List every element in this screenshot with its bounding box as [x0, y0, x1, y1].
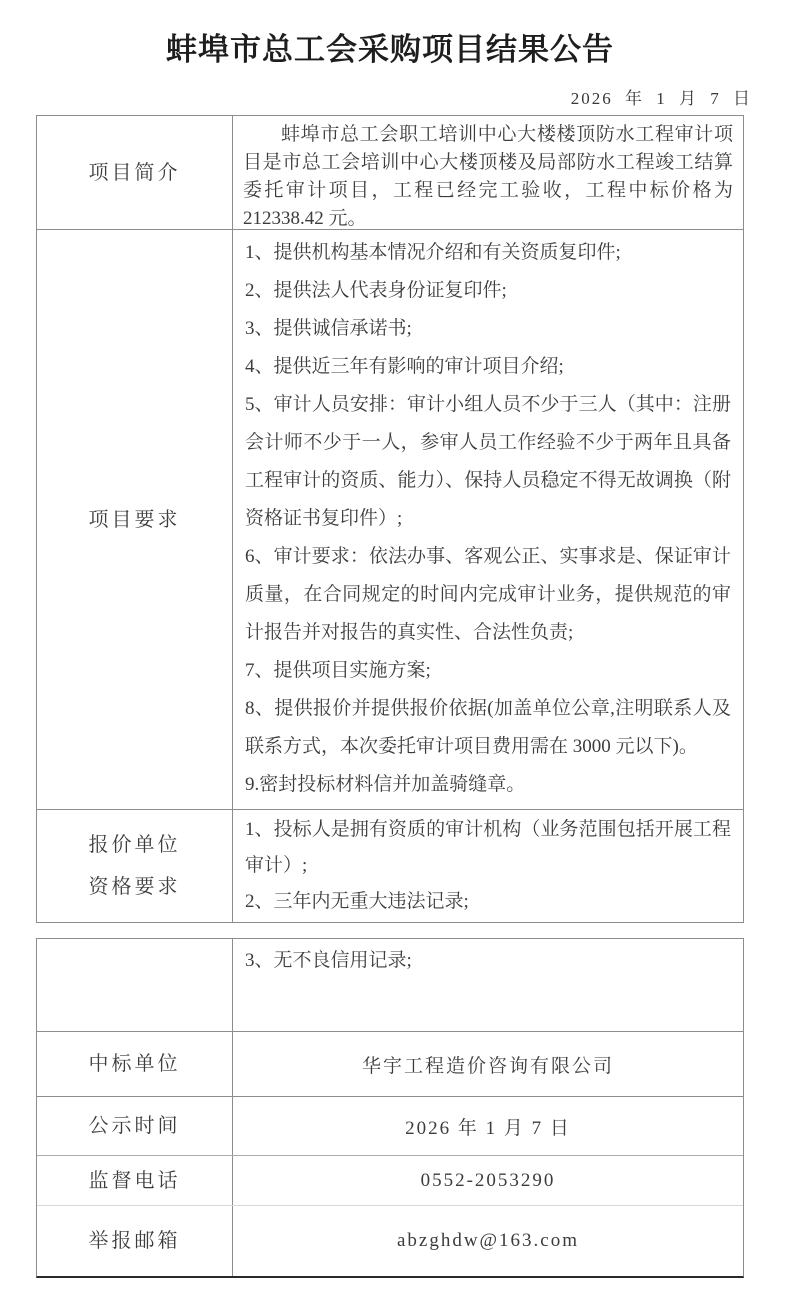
requirement-list: 1、提供机构基本情况介绍和有关资质复印件; 2、提供法人代表身份证复印件; 3、… — [233, 230, 743, 804]
report-email-value: abzghdw@163.com — [233, 1206, 743, 1276]
publish-date: 2026 年 1 月 7 日 — [36, 84, 752, 109]
publicity-date-label: 公示时间 — [37, 1097, 233, 1155]
publicity-date-value: 2026 年 1 月 7 日 — [233, 1097, 743, 1155]
table-row-bidder-qualification: 报价单位 资格要求 1、投标人是拥有资质的审计机构（业务范围包括开展工程审计）;… — [37, 810, 743, 922]
table-row-project-intro: 项目简介 蚌埠市总工会职工培训中心大楼楼顶防水工程审计项目是市总工会培训中心大楼… — [37, 116, 743, 230]
credit-record-item: 3、无不良信用记录; — [245, 948, 731, 974]
project-intro-label: 项目简介 — [37, 116, 233, 229]
qualification-item: 1、投标人是拥有资质的审计机构（业务范围包括开展工程审计）; — [245, 812, 731, 884]
bidder-qualification-content-cell: 1、投标人是拥有资质的审计机构（业务范围包括开展工程审计）; 2、三年内无重大违… — [233, 810, 743, 922]
project-intro-text: 蚌埠市总工会职工培训中心大楼楼顶防水工程审计项目是市总工会培训中心大楼顶楼及局部… — [233, 116, 743, 229]
qualification-list: 1、投标人是拥有资质的审计机构（业务范围包括开展工程审计）; 2、三年内无重大违… — [233, 810, 743, 920]
publicity-date-label-text: 公示时间 — [89, 1105, 181, 1147]
document-page: 蚌埠市总工会采购项目结果公告 2026 年 1 月 7 日 项目简介 蚌埠市总工… — [0, 0, 800, 1307]
credit-record-content-cell: 3、无不良信用记录; — [233, 939, 743, 1031]
table-row-credit-record: 3、无不良信用记录; — [37, 939, 743, 1032]
supervision-phone-label: 监督电话 — [37, 1156, 233, 1205]
requirement-item: 2、提供法人代表身份证复印件; — [245, 272, 731, 310]
result-info-table: 3、无不良信用记录; 中标单位 华宇工程造价咨询有限公司 公示时间 2026 年… — [36, 938, 744, 1278]
project-intro-content-cell: 蚌埠市总工会职工培训中心大楼楼顶防水工程审计项目是市总工会培训中心大楼顶楼及局部… — [233, 116, 743, 229]
table-row-report-email: 举报邮箱 abzghdw@163.com — [37, 1206, 743, 1276]
winning-bidder-label: 中标单位 — [37, 1032, 233, 1096]
requirement-item: 1、提供机构基本情况介绍和有关资质复印件; — [245, 234, 731, 272]
requirement-item: 9.密封投标材料信并加盖骑缝章。 — [245, 766, 731, 804]
bidder-qualification-label-line2: 资格要求 — [89, 866, 181, 908]
table-row-publicity-date: 公示时间 2026 年 1 月 7 日 — [37, 1097, 743, 1156]
requirement-item: 5、审计人员安排：审计小组人员不少于三人（其中：注册会计师不少于一人，参审人员工… — [245, 386, 731, 538]
project-requirements-content-cell: 1、提供机构基本情况介绍和有关资质复印件; 2、提供法人代表身份证复印件; 3、… — [233, 230, 743, 809]
project-intro-label-text: 项目简介 — [89, 152, 181, 194]
requirement-item: 3、提供诚信承诺书; — [245, 310, 731, 348]
credit-record-empty-label — [37, 939, 233, 1031]
winning-bidder-value: 华宇工程造价咨询有限公司 — [233, 1032, 743, 1096]
qualification-item: 2、三年内无重大违法记录; — [245, 884, 731, 920]
requirement-item: 7、提供项目实施方案; — [245, 652, 731, 690]
project-requirements-label: 项目要求 — [37, 230, 233, 809]
supervision-phone-label-text: 监督电话 — [89, 1160, 181, 1202]
table-row-winning-bidder: 中标单位 华宇工程造价咨询有限公司 — [37, 1032, 743, 1097]
project-info-table: 项目简介 蚌埠市总工会职工培训中心大楼楼顶防水工程审计项目是市总工会培训中心大楼… — [36, 115, 744, 923]
report-email-label-text: 举报邮箱 — [89, 1220, 181, 1262]
page-title: 蚌埠市总工会采购项目结果公告 — [36, 24, 744, 69]
bidder-qualification-label: 报价单位 资格要求 — [37, 810, 233, 922]
requirement-item: 8、提供报价并提供报价依据(加盖单位公章,注明联系人及联系方式，本次委托审计项目… — [245, 690, 731, 766]
project-requirements-label-text: 项目要求 — [89, 499, 181, 541]
supervision-phone-value: 0552-2053290 — [233, 1156, 743, 1205]
winning-bidder-label-text: 中标单位 — [89, 1043, 181, 1085]
table-row-project-requirements: 项目要求 1、提供机构基本情况介绍和有关资质复印件; 2、提供法人代表身份证复印… — [37, 230, 743, 810]
bidder-qualification-label-line1: 报价单位 — [89, 824, 181, 866]
report-email-label: 举报邮箱 — [37, 1206, 233, 1276]
table-row-supervision-phone: 监督电话 0552-2053290 — [37, 1156, 743, 1206]
requirement-item: 4、提供近三年有影响的审计项目介绍; — [245, 348, 731, 386]
requirement-item: 6、审计要求：依法办事、客观公正、实事求是、保证审计质量，在合同规定的时间内完成… — [245, 538, 731, 652]
